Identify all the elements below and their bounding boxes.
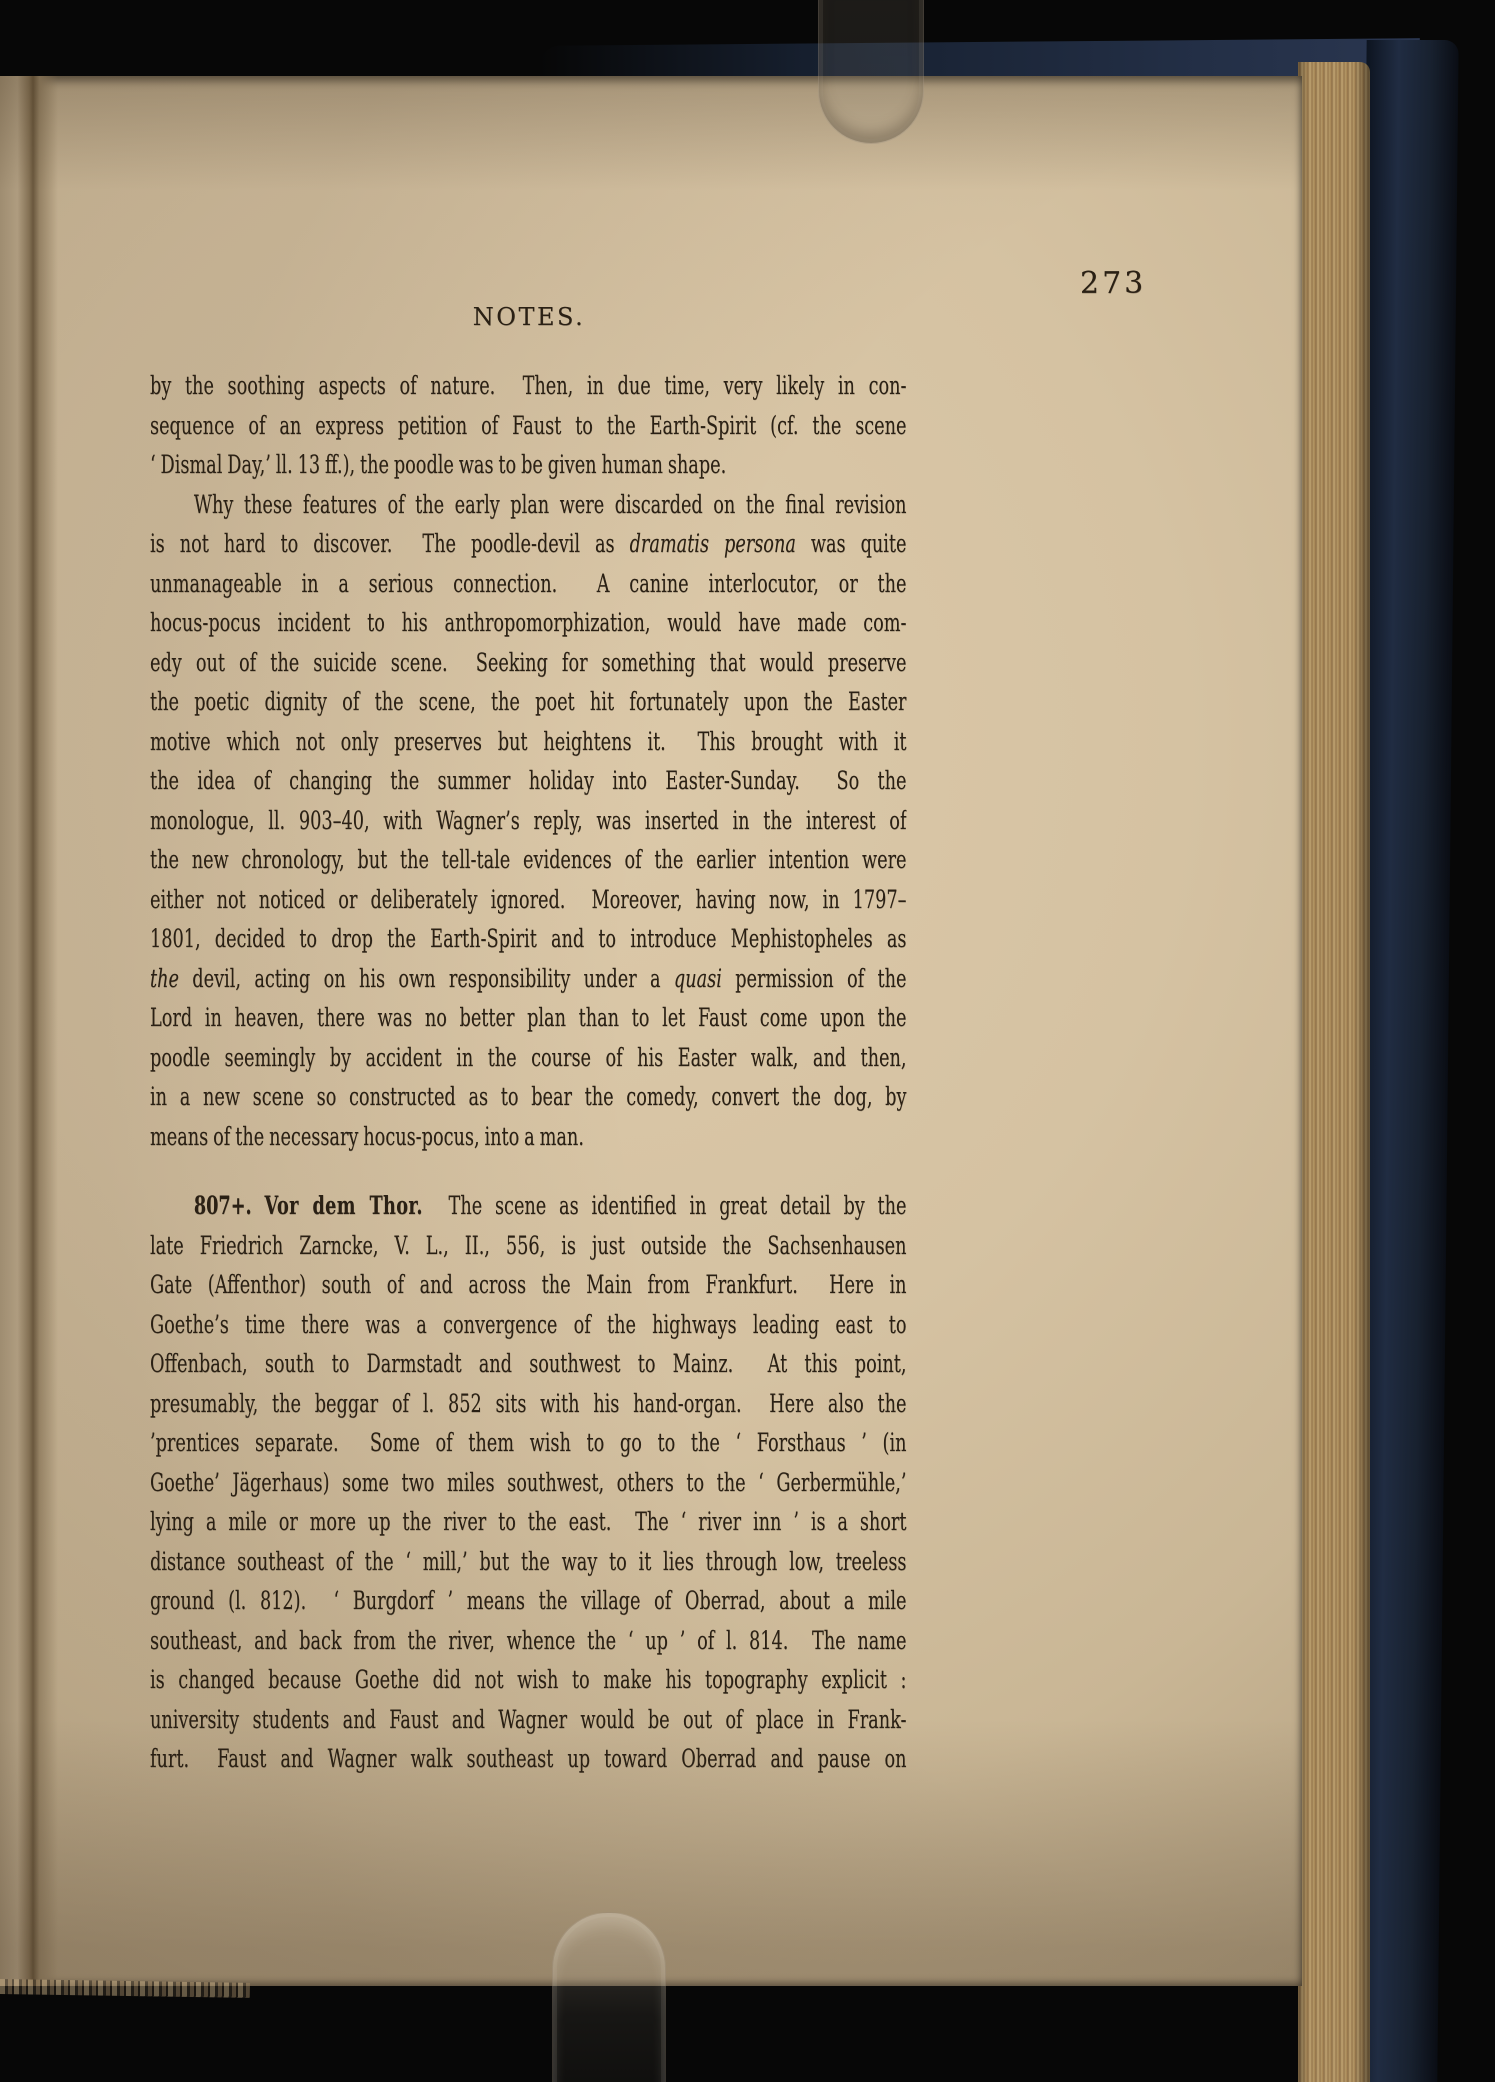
running-header: NOTES.: [150, 303, 908, 331]
text-line: lying a mile or more up the river to the…: [150, 1502, 906, 1542]
text-line: late Friedrich Zarncke, V. L., II., 556,…: [150, 1226, 906, 1266]
paragraph: Why these features of the early plan wer…: [150, 485, 906, 1157]
text-line: the new chronology, but the tell-tale ev…: [150, 840, 906, 880]
text-line: means of the necessary hocus-pocus, into…: [150, 1117, 906, 1157]
text-line: is not hard to discover. The poodle-devi…: [150, 524, 906, 564]
book-strap-bottom: [552, 1912, 666, 2082]
text-line: university students and Faust and Wagner…: [150, 1700, 906, 1740]
text-line: Goethe’s time there was a convergence of…: [150, 1305, 906, 1345]
text-line: in a new scene so constructed as to bear…: [150, 1077, 906, 1117]
text-line: ‘ Dismal Day,’ ll. 13 ff.), the poodle w…: [150, 445, 906, 485]
text-line: presumably, the beggar of l. 852 sits wi…: [150, 1384, 906, 1424]
text-line: hocus-pocus incident to his anthropomorp…: [150, 603, 906, 643]
text-line: furt. Faust and Wagner walk southeast up…: [150, 1739, 906, 1779]
text-line: Lord in heaven, there was no better plan…: [150, 998, 906, 1038]
text-line: 1801, decided to drop the Earth-Spirit a…: [150, 919, 906, 959]
text-line: poodle seemingly by accident in the cour…: [150, 1038, 906, 1078]
text-line: unmanageable in a serious connection. A …: [150, 564, 906, 604]
text-line: the idea of changing the summer holiday …: [150, 761, 906, 801]
page-edges-stack: [1298, 62, 1370, 2082]
text-block: by the soothing aspects of nature. Then,…: [150, 366, 906, 1779]
text-line: ’prentices separate. Some of them wish t…: [150, 1423, 906, 1463]
text-line: the poetic dignity of the scene, the poe…: [150, 682, 906, 722]
book-photo: NOTES. 273 by the soothing aspects of na…: [0, 0, 1495, 2082]
bottom-page-edge-marks: [0, 1979, 250, 1998]
text-line: 807+. Vor dem Thor. The scene as identif…: [150, 1186, 906, 1226]
text-line: by the soothing aspects of nature. Then,…: [150, 366, 906, 406]
paragraph: 807+. Vor dem Thor. The scene as identif…: [150, 1186, 906, 1779]
text-line: distance southeast of the ‘ mill,’ but t…: [150, 1542, 906, 1582]
text-line: ground (l. 812). ‘ Burgdorf ’ means the …: [150, 1581, 906, 1621]
text-line: sequence of an express petition of Faust…: [150, 406, 906, 446]
text-line: Why these features of the early plan wer…: [150, 485, 906, 525]
text-line: monologue, ll. 903–40, with Wagner’s rep…: [150, 801, 906, 841]
text-line: edy out of the suicide scene. Seeking fo…: [150, 643, 906, 683]
paragraph: by the soothing aspects of nature. Then,…: [150, 366, 906, 485]
page-number: 273: [1080, 266, 1146, 301]
text-line: southeast, and back from the river, when…: [150, 1621, 906, 1661]
text-line: Offenbach, south to Darmstadt and southw…: [150, 1344, 906, 1384]
text-line: is changed because Goethe did not wish t…: [150, 1660, 906, 1700]
book-strap-top: [818, 0, 924, 144]
text-line: the devil, acting on his own responsibil…: [150, 959, 906, 999]
text-line: motive which not only preserves but heig…: [150, 722, 906, 762]
page-gutter-shadow: [0, 76, 58, 1986]
text-line: Gate (Affenthor) south of and across the…: [150, 1265, 906, 1305]
page-header-title: NOTES.: [473, 303, 585, 331]
text-line: Goethe’ Jägerhaus) some two miles southw…: [150, 1463, 906, 1503]
text-line: either not noticed or deliberately ignor…: [150, 880, 906, 920]
